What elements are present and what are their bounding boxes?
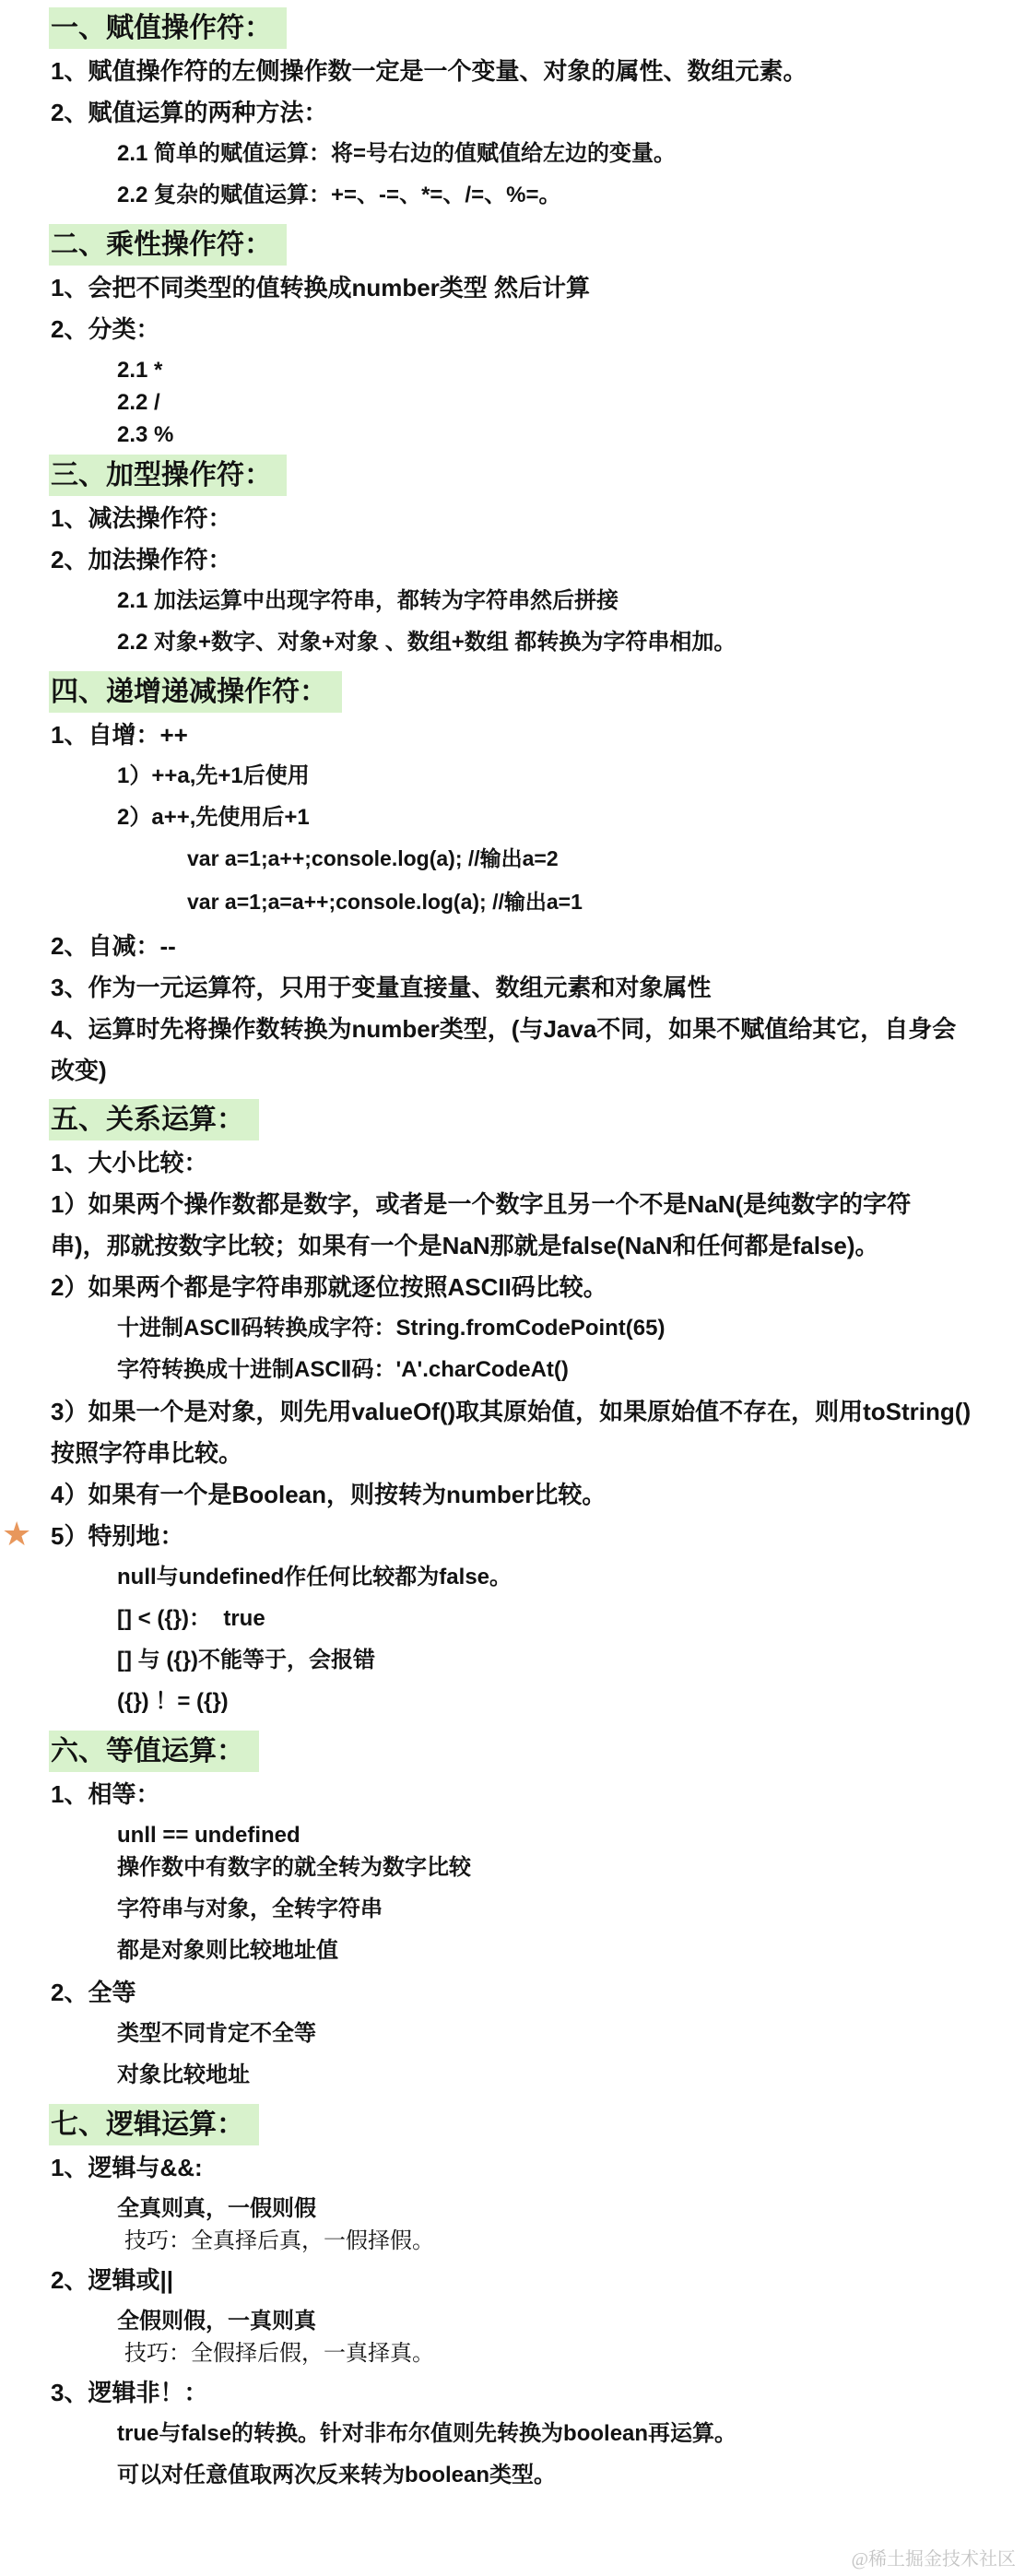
doc-line: 1）如果两个操作数都是数字，或者是一个数字且另一个不是NaN(是纯数字的字符 — [51, 1191, 1025, 1218]
doc-line: 2.2 / — [117, 390, 1025, 416]
doc-line: 2、分类： — [51, 316, 1025, 343]
doc-line: 3）如果一个是对象，则先用valueOf()取其原始值，如果原始值不存在，则用t… — [51, 1399, 1025, 1425]
section-header: 二、乘性操作符： — [49, 224, 287, 266]
doc-line: 十进制ASCⅡ码转换成字符：String.fromCodePoint(65) — [117, 1316, 1025, 1341]
doc-line: 按照字符串比较。 — [51, 1440, 1025, 1467]
doc-line: 2.2 复杂的赋值运算：+=、-=、*=、/=、%=。 — [117, 183, 1025, 208]
doc-line: 2.1 简单的赋值运算：将=号右边的值赋值给左边的变量。 — [117, 141, 1025, 167]
doc-line: null与undefined作任何比较都为false。 — [117, 1565, 1025, 1590]
doc-line: 2.1 * — [117, 358, 1025, 384]
doc-line: 2.2 对象+数字、对象+对象 、数组+数组 都转换为字符串相加。 — [117, 630, 1025, 656]
doc-line: 全真则真，一假则假 — [117, 2196, 1025, 2222]
doc-line: 都是对象则比较地址值 — [117, 1938, 1025, 1964]
doc-line: 2、加法操作符： — [51, 547, 1025, 573]
doc-line: 类型不同肯定不全等 — [117, 2021, 1025, 2047]
doc-line: 2、自减：-- — [51, 933, 1025, 960]
doc-line: 对象比较地址 — [117, 2062, 1025, 2088]
watermark: @稀土掘金技术社区 — [852, 2544, 1016, 2570]
doc-line: 1、赋值操作符的左侧操作数一定是一个变量、对象的属性、数组元素。 — [51, 58, 1025, 85]
document-page: { "colors": { "header_highlight": "#d8f2… — [0, 0, 1025, 2576]
doc-line-text: 5）特别地： — [51, 1522, 183, 1550]
doc-line: 字符转换成十进制ASCⅡ码：'A'.charCodeAt() — [117, 1357, 1025, 1383]
doc-line: var a=1;a++;console.log(a); //输出a=2 — [187, 846, 1025, 871]
section-header: 一、赋值操作符： — [49, 7, 287, 49]
doc-line: 1、减法操作符： — [51, 505, 1025, 532]
doc-line: [] 与 ({})不能等于，会报错 — [117, 1648, 1025, 1673]
doc-line: 1、逻辑与&&: — [51, 2155, 1025, 2181]
doc-line: 2、赋值运算的两种方法： — [51, 100, 1025, 126]
doc-line: var a=1;a=a++;console.log(a); //输出a=1 — [187, 890, 1025, 915]
doc-line: [] < ({})： true — [117, 1606, 1025, 1632]
doc-line: 2、全等 — [51, 1979, 1025, 2006]
section-header: 六、等值运算： — [49, 1731, 259, 1772]
doc-line: 2.3 % — [117, 422, 1025, 448]
doc-line: 1、大小比较： — [51, 1150, 1025, 1176]
doc-line: 1）++a,先+1后使用 — [117, 763, 1025, 789]
section-header: 七、逻辑运算： — [49, 2104, 259, 2145]
doc-line: 改变) — [51, 1058, 1025, 1084]
doc-line: true与false的转换。针对非布尔值则先转换为boolean再运算。 — [117, 2421, 1025, 2447]
doc-line: 2）a++,先使用后+1 — [117, 805, 1025, 831]
doc-line: 4、运算时先将操作数转换为number类型，(与Java不同，如果不赋值给其它，… — [51, 1016, 1025, 1043]
doc-line: 可以对任意值取两次反来转为boolean类型。 — [117, 2463, 1025, 2488]
doc-line: 4）如果有一个是Boolean，则按转为number比较。 — [51, 1482, 1025, 1508]
doc-line: 2）如果两个都是字符串那就逐位按照ASCII码比较。 — [51, 1274, 1025, 1301]
note-line: 技巧：全假择后假，一真择真。 — [124, 2341, 1025, 2367]
doc-line: 操作数中有数字的就全转为数字比较 — [117, 1855, 1025, 1881]
doc-line: 3、作为一元运算符，只用于变量直接量、数组元素和对象属性 — [51, 975, 1025, 1001]
doc-line: 全假则假，一真则真 — [117, 2309, 1025, 2334]
doc-line: 1、自增：++ — [51, 722, 1025, 749]
doc-line: 2、逻辑或|| — [51, 2267, 1025, 2294]
note-line: 技巧：全真择后真，一假择假。 — [124, 2228, 1025, 2254]
star-icon: ★ — [2, 1518, 31, 1551]
doc-line: unll == undefined — [117, 1823, 1025, 1849]
section-header: 四、递增递减操作符： — [49, 671, 342, 713]
doc-line: 1、会把不同类型的值转换成number类型 然后计算 — [51, 275, 1025, 301]
doc-line: ({}) ！= ({}) — [117, 1689, 1025, 1715]
notes-document: 一、赋值操作符：1、赋值操作符的左侧操作数一定是一个变量、对象的属性、数组元素。… — [0, 0, 1025, 2488]
doc-line: ★5）特别地： — [51, 1523, 1025, 1550]
doc-line: 3、逻辑非！： — [51, 2380, 1025, 2406]
doc-line: 串)，那就按数字比较；如果有一个是NaN那就是false(NaN和任何都是fal… — [51, 1233, 1025, 1259]
doc-line: 2.1 加法运算中出现字符串，都转为字符串然后拼接 — [117, 588, 1025, 614]
section-header: 三、加型操作符： — [49, 455, 287, 496]
doc-line: 1、相等： — [51, 1781, 1025, 1808]
doc-line: 字符串与对象，全转字符串 — [117, 1897, 1025, 1922]
section-header: 五、关系运算： — [49, 1099, 259, 1140]
